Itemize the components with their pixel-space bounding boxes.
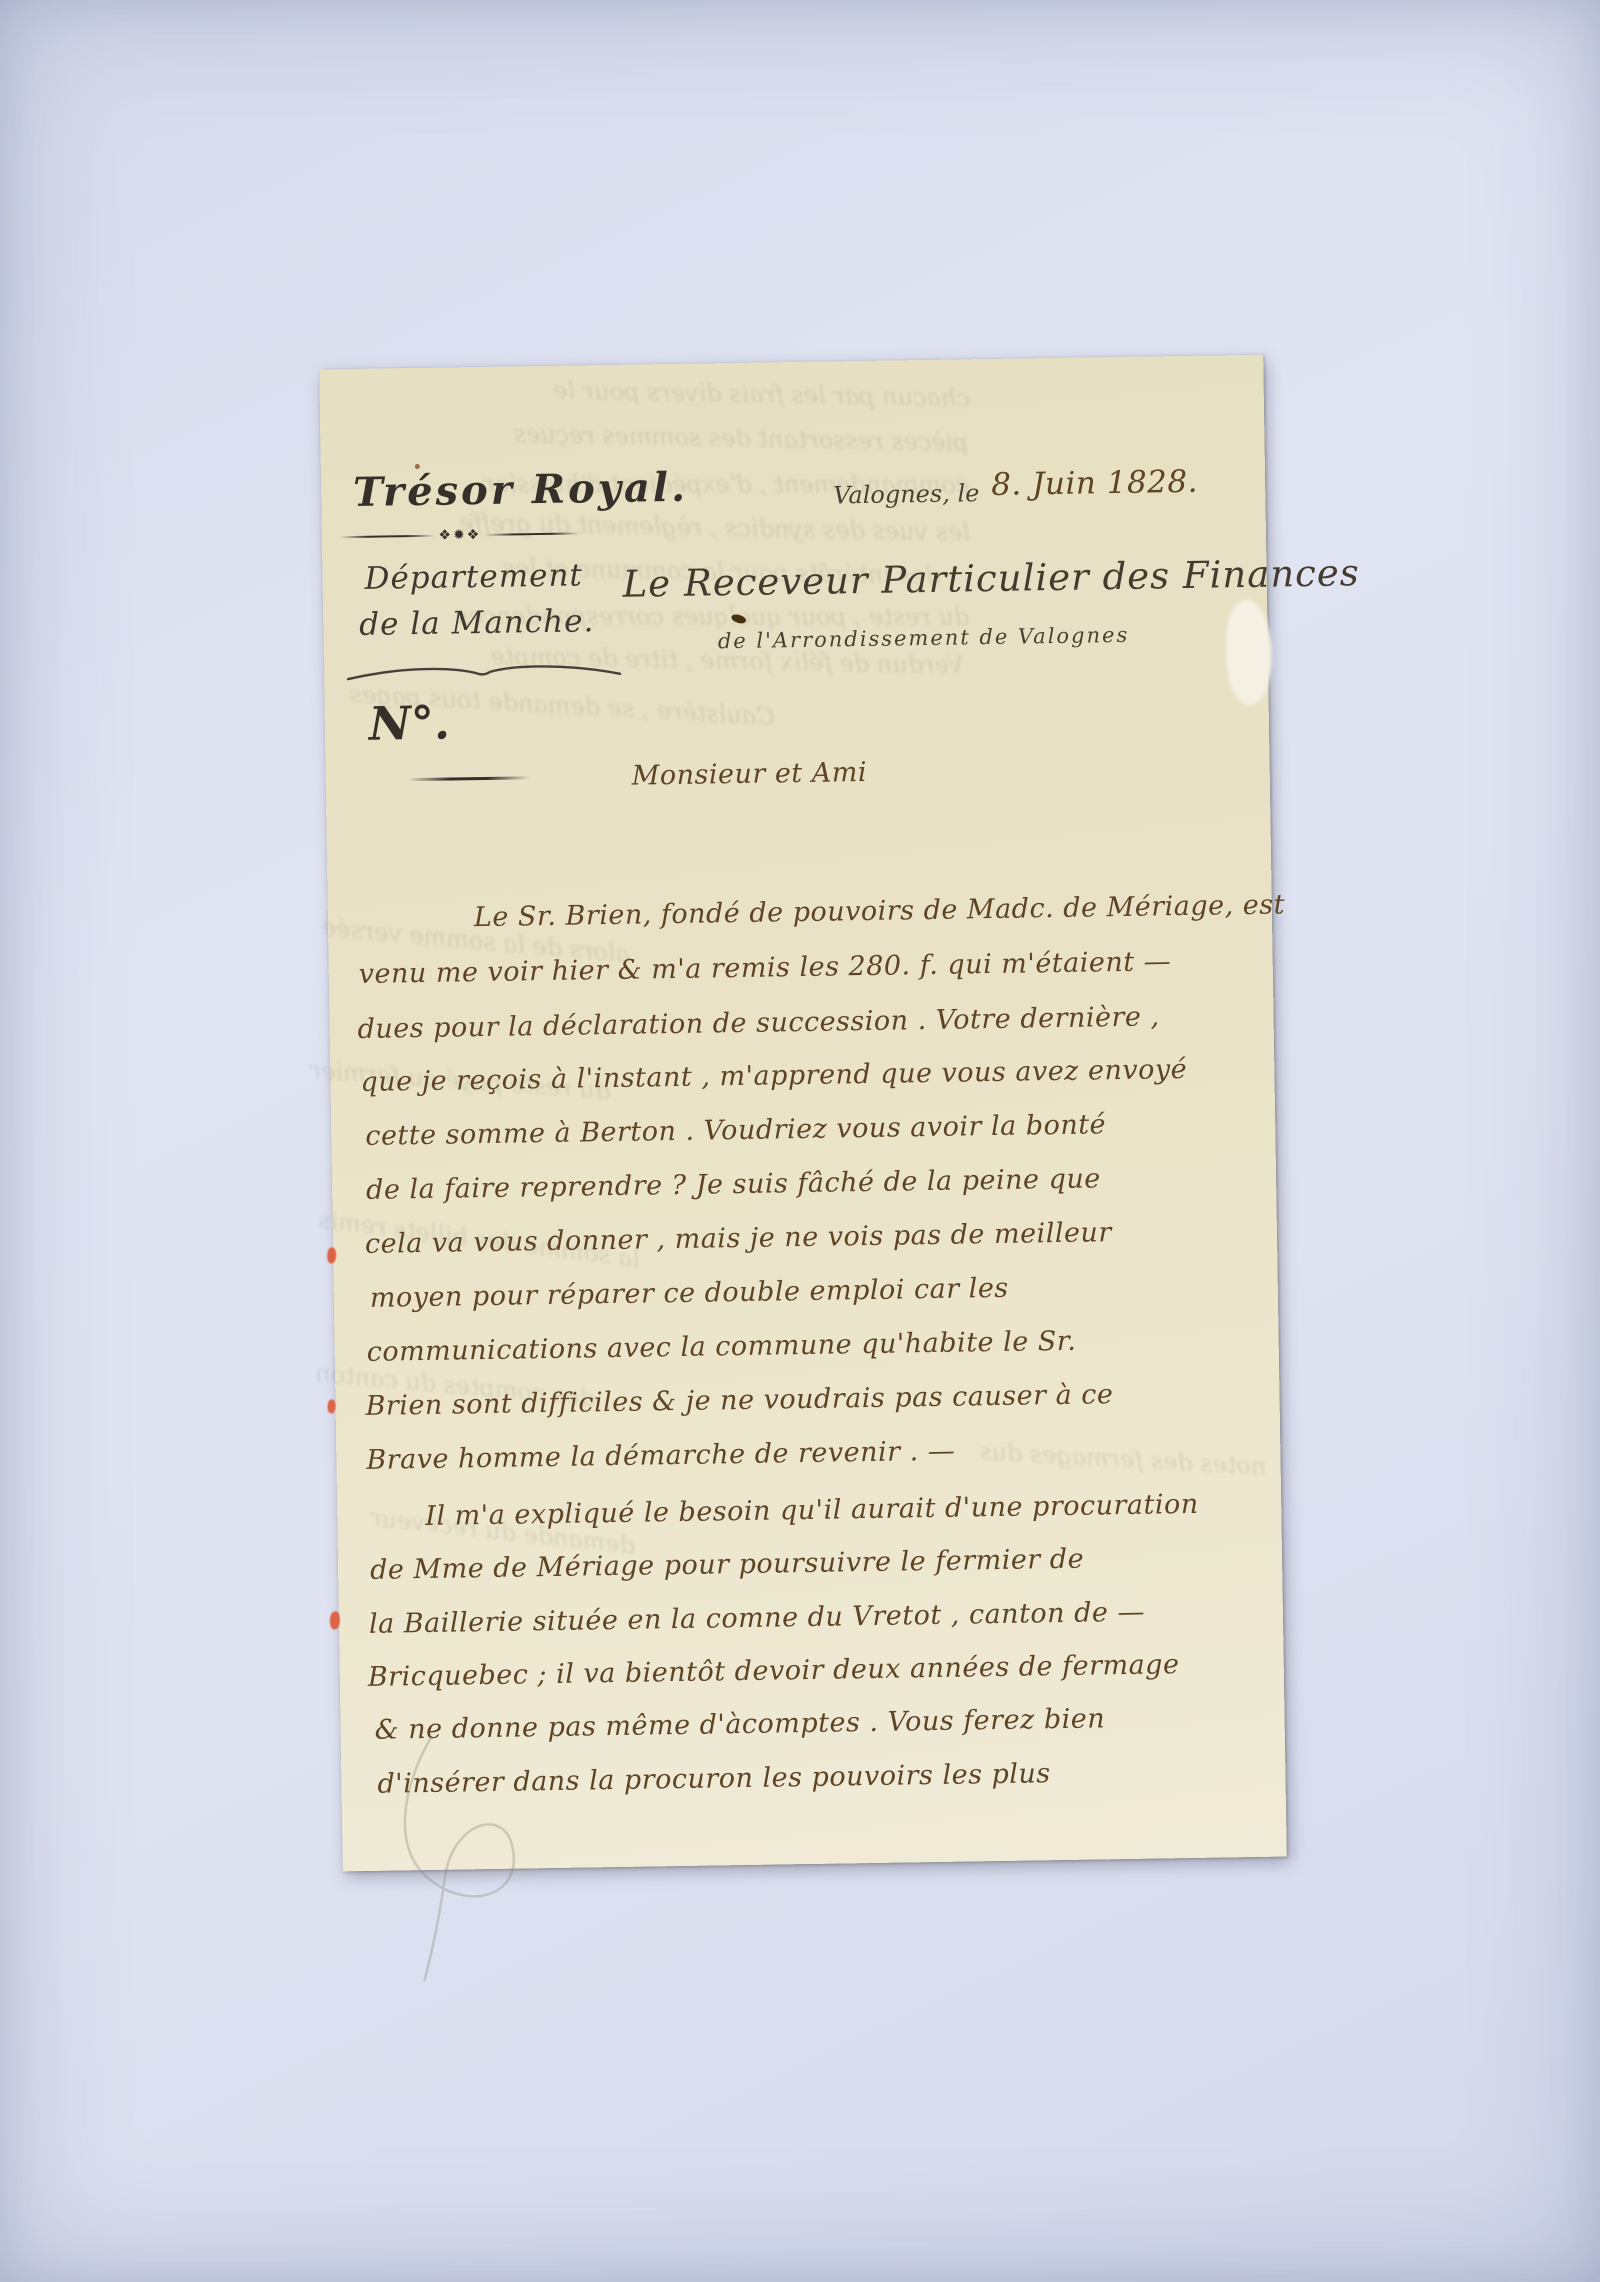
- foxing-dot: [415, 464, 420, 469]
- treasury-heading: Trésor Royal.: [353, 464, 688, 516]
- paper-tear: [1225, 600, 1273, 706]
- body-line: de Mme de Mériage pour poursuivre le fer…: [370, 1544, 1084, 1586]
- bleedthrough-line: pièces ressortant des sommes reçues: [548, 421, 968, 457]
- body-line: dues pour la déclaration de succession .…: [357, 1001, 1159, 1045]
- ornament-rule-left: [340, 535, 435, 538]
- letter-paper: chacun par les frais divers pour le pièc…: [319, 355, 1286, 1872]
- dateline-handwritten: 8. Juin 1828.: [991, 464, 1198, 503]
- body-line: communications avec la commune qu'habite…: [366, 1326, 1076, 1368]
- body-line: de la faire reprendre ? Je suis fâché de…: [366, 1163, 1101, 1206]
- red-mark: [330, 1611, 340, 1629]
- body-line: Brave homme la démarche de revenir . —: [366, 1436, 955, 1476]
- photo-album-page: chacun par les frais divers pour le pièc…: [0, 0, 1600, 2282]
- body-line: moyen pour réparer ce double emploi car …: [370, 1273, 1009, 1314]
- body-line: cela va vous donner , mais je ne vois pa…: [365, 1217, 1112, 1260]
- red-mark: [327, 1247, 336, 1263]
- body-line: la Baillerie située en la comne du Vreto…: [369, 1597, 1145, 1640]
- bleedthrough-line: Caulstère , se demande tous pages: [474, 687, 775, 731]
- number-divider: [408, 776, 530, 781]
- department-line2: de la Manche.: [359, 603, 595, 643]
- bleedthrough-line: notes des fermages dus: [1036, 1440, 1267, 1480]
- dateline-printed: Valognes, le: [833, 479, 979, 509]
- ornament-divider: ❖✹❖: [340, 525, 580, 545]
- bleedthrough-line: les vues des syndics , règlement du gref…: [560, 511, 970, 547]
- office-title: Le Receveur Particulier des Finances: [622, 553, 1263, 606]
- salutation: Monsieur et Ami: [631, 757, 867, 792]
- body-line: Bricquebec ; il va bientôt devoir deux a…: [368, 1649, 1180, 1693]
- bleedthrough-line: chacun par les frais divers pour le: [569, 377, 969, 413]
- department-line1: Département: [364, 557, 583, 596]
- ornament-rule-right: [485, 532, 580, 535]
- body-line: cette somme à Berton . Voudriez vous avo…: [365, 1109, 1106, 1152]
- pencil-flourish: [371, 1725, 595, 1988]
- body-line: que je reçois à l'instant , m'apprend qu…: [360, 1054, 1187, 1098]
- body-line: Il m'a expliqué le besoin qu'il aurait d…: [425, 1489, 1199, 1532]
- number-field: N°.: [368, 696, 450, 751]
- swash-rule: [344, 661, 624, 685]
- red-mark: [327, 1399, 335, 1413]
- ornament-center-glyphs: ❖✹❖: [434, 527, 485, 544]
- body-line: Le Sr. Brien, fondé de pouvoirs de Madc.…: [474, 889, 1286, 933]
